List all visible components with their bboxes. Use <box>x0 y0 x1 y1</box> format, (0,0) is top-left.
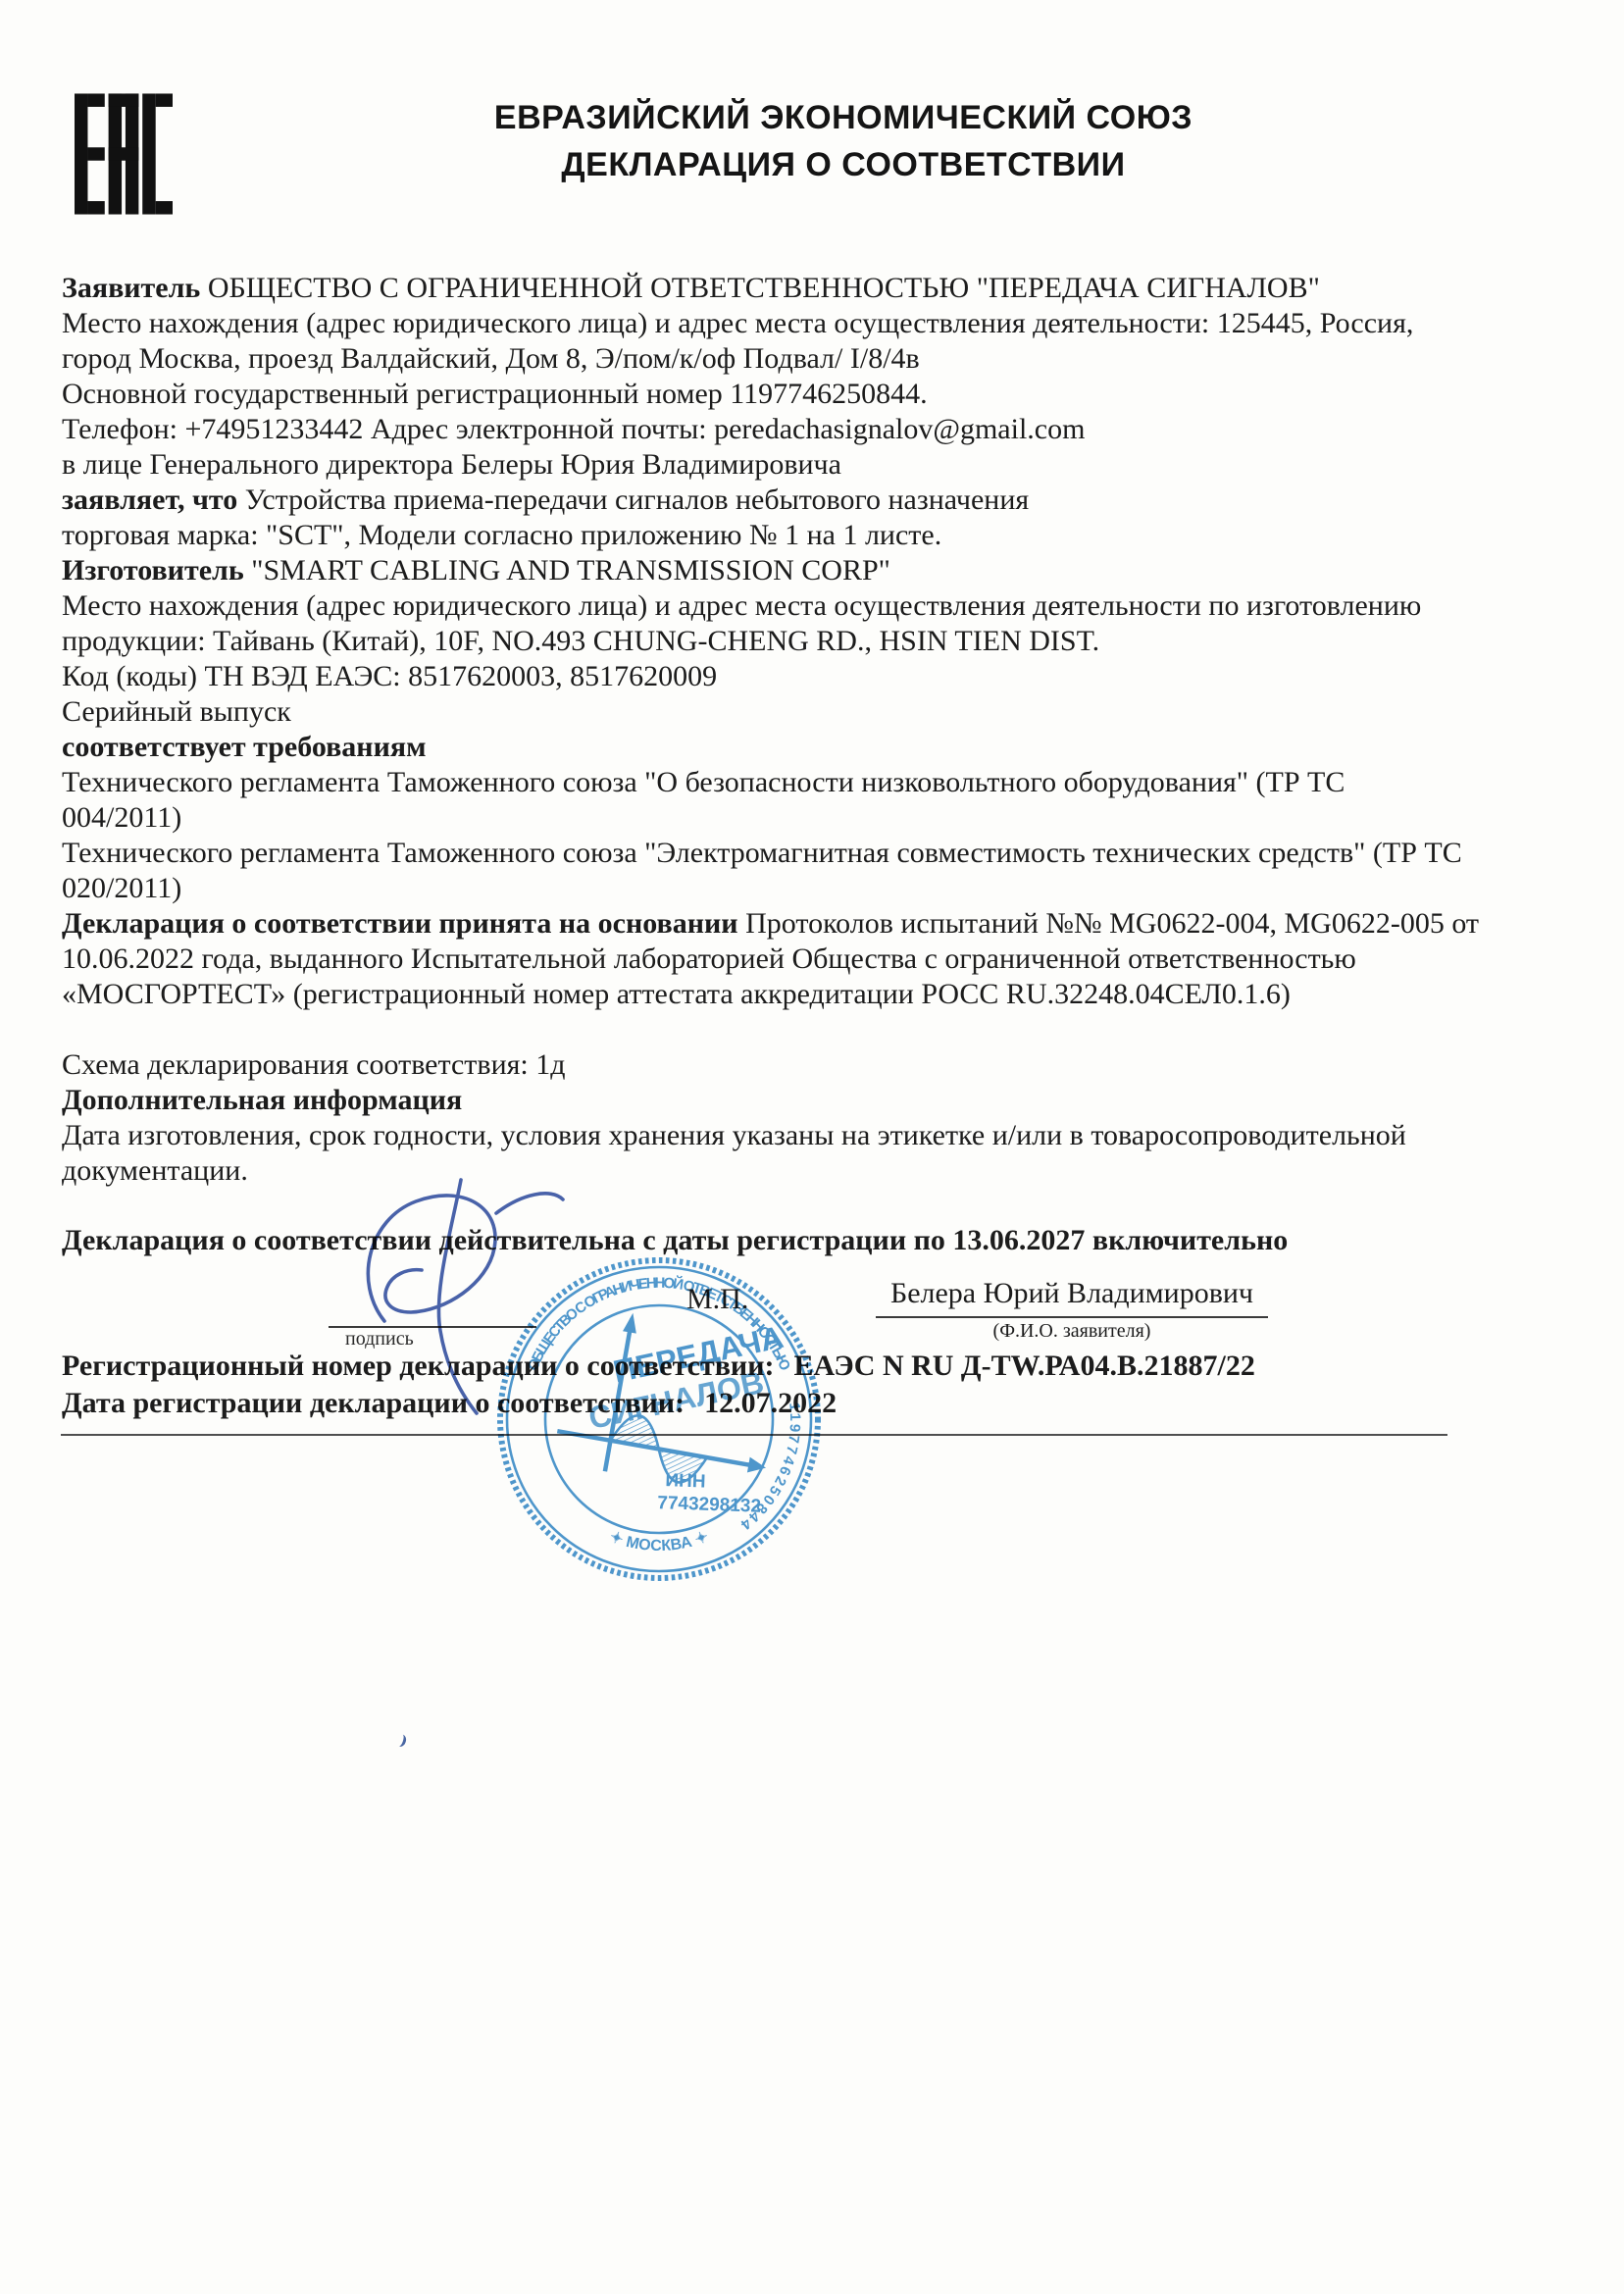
stamp-inn-value: 7743298132 <box>657 1493 761 1517</box>
body-line: Телефон: +74951233442 Адрес электронной … <box>62 412 1592 447</box>
body-line-segment: Дата изготовления, срок годности, услови… <box>62 1119 1406 1151</box>
body-line: Заявитель ОБЩЕСТВО С ОГРАНИЧЕННОЙ ОТВЕТС… <box>62 271 1592 306</box>
body-line-segment: 004/2011) <box>62 801 181 834</box>
body-line: документации. <box>62 1153 1592 1189</box>
body-line: Технического регламента Таможенного союз… <box>62 765 1592 800</box>
body-line-segment: ОБЩЕСТВО С ОГРАНИЧЕННОЙ ОТВЕТСТВЕННОСТЬЮ… <box>208 272 1320 304</box>
body-line-segment: Телефон: +74951233442 Адрес электронной … <box>62 413 1085 445</box>
applicant-caption: (Ф.И.О. заявителя) <box>876 1320 1268 1343</box>
body-line: Основной государственный регистрационный… <box>62 377 1592 412</box>
applicant-name-line <box>876 1316 1268 1318</box>
body-line-segment: Серийный выпуск <box>62 695 291 728</box>
document-title: ЕВРАЗИЙСКИЙ ЭКОНОМИЧЕСКИЙ СОЮЗ ДЕКЛАРАЦИ… <box>294 94 1393 188</box>
declaration-document: ЕВРАЗИЙСКИЙ ЭКОНОМИЧЕСКИЙ СОЮЗ ДЕКЛАРАЦИ… <box>0 0 1624 2294</box>
body-line-segment: «МОСГОРТЕСТ» (регистрационный номер атте… <box>62 978 1291 1010</box>
body-line-segment: Дополнительная информация <box>62 1084 462 1116</box>
body-line-segment: Основной государственный регистрационный… <box>62 378 928 410</box>
body-line: торговая марка: "SCT", Модели согласно п… <box>62 518 1592 553</box>
title-union: ЕВРАЗИЙСКИЙ ЭКОНОМИЧЕСКИЙ СОЮЗ <box>294 94 1393 141</box>
body-line-segment: 020/2011) <box>62 872 181 904</box>
body-line: 10.06.2022 года, выданного Испытательной… <box>62 942 1592 977</box>
body-line-segment: Заявитель <box>62 272 208 304</box>
body-line: Декларация о соответствии принята на осн… <box>62 906 1592 942</box>
body-line-segment: соответствует требованиям <box>62 731 427 763</box>
body-line-segment: Место нахождения (адрес юридического лиц… <box>62 307 1413 339</box>
body-line: Место нахождения (адрес юридического лиц… <box>62 588 1592 624</box>
body-line-segment: Место нахождения (адрес юридического лиц… <box>62 589 1421 622</box>
body-line: в лице Генерального директора Белеры Юри… <box>62 447 1592 483</box>
body-line-segment: документации. <box>62 1154 248 1187</box>
body-line: Изготовитель "SMART CABLING AND TRANSMIS… <box>62 553 1592 588</box>
body-line: Код (коды) ТН ВЭД ЕАЭС: 8517620003, 8517… <box>62 659 1592 694</box>
body-line: 020/2011) <box>62 871 1592 906</box>
body-line: заявляет, что Устройства приема-передачи… <box>62 483 1592 518</box>
body-line-segment: Технического регламента Таможенного союз… <box>62 766 1345 798</box>
body-line-segment: заявляет, что <box>62 484 245 516</box>
body-lines: Заявитель ОБЩЕСТВО С ОГРАНИЧЕННОЙ ОТВЕТС… <box>62 271 1592 1189</box>
body-line: Дополнительная информация <box>62 1083 1592 1118</box>
body-line: соответствует требованиям <box>62 730 1592 765</box>
body-line-segment: в лице Генерального директора Белеры Юри… <box>62 448 841 481</box>
body-line: Схема декларирования соответствия: 1д <box>62 1047 1592 1083</box>
body-line-segment: продукции: Тайвань (Китай), 10F, NO.493 … <box>62 625 1099 657</box>
body-line-segment: Изготовитель <box>62 554 251 586</box>
body-line-segment: Код (коды) ТН ВЭД ЕАЭС: 8517620003, 8517… <box>62 660 717 692</box>
registration-number-value: ЕАЭС N RU Д-TW.РА04.В.21887/22 <box>794 1350 1255 1382</box>
title-declaration: ДЕКЛАРАЦИЯ О СООТВЕТСТВИИ <box>294 141 1393 188</box>
body-line-segment: "SMART CABLING AND TRANSMISSION CORP" <box>251 554 890 586</box>
body-line: продукции: Тайвань (Китай), 10F, NO.493 … <box>62 624 1592 659</box>
body-line: «МОСГОРТЕСТ» (регистрационный номер атте… <box>62 977 1592 1012</box>
body-line: 004/2011) <box>62 800 1592 836</box>
body-line-segment: Технического регламента Таможенного союз… <box>62 837 1462 869</box>
body-line-segment: Устройства приема-передачи сигналов небы… <box>245 484 1029 516</box>
body-line-segment: торговая марка: "SCT", Модели согласно п… <box>62 519 941 551</box>
stamp-inn-label: ИНН <box>665 1470 706 1492</box>
body-line: город Москва, проезд Валдайский, Дом 8, … <box>62 341 1592 377</box>
body-line-segment: 10.06.2022 года, выданного Испытательной… <box>62 943 1356 975</box>
signature <box>314 1162 667 1429</box>
body-line-segment: Протоколов испытаний №№ MG0622-004, MG06… <box>745 907 1479 940</box>
body-line-segment: Схема декларирования соответствия: 1д <box>62 1048 566 1081</box>
body-line: Технического регламента Таможенного союз… <box>62 836 1592 871</box>
applicant-name: Белера Юрий Владимирович <box>876 1277 1268 1310</box>
body-line: Дата изготовления, срок годности, услови… <box>62 1118 1592 1153</box>
body-line-segment: город Москва, проезд Валдайский, Дом 8, … <box>62 342 920 375</box>
body-line: Место нахождения (адрес юридического лиц… <box>62 306 1592 341</box>
body-line-segment: Декларация о соответствии принята на осн… <box>62 907 745 940</box>
ink-mark <box>393 1733 407 1749</box>
eac-logo <box>75 93 173 215</box>
body-line: Серийный выпуск <box>62 694 1592 730</box>
validity-statement: Декларация о соответствии действительна … <box>62 1224 1592 1257</box>
